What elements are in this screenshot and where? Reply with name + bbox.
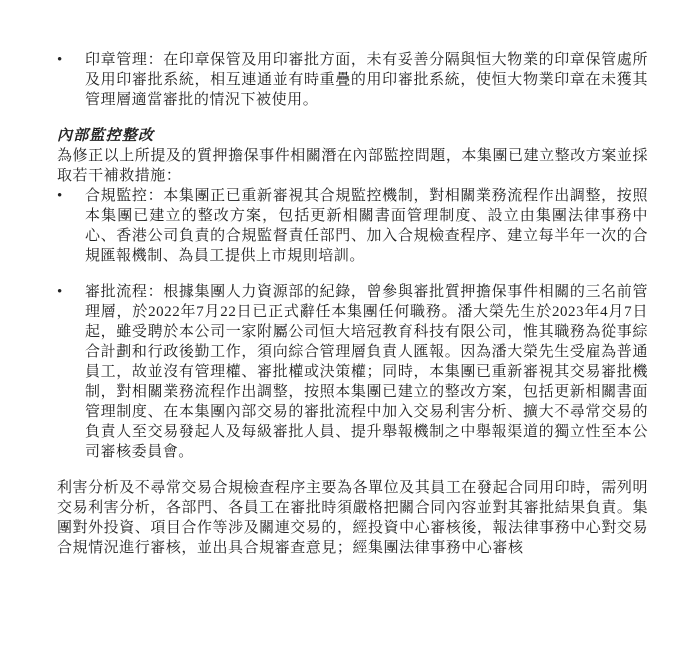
bullet-item-approval-process: • 審批流程：根據集團人力資源部的紀錄，曾參與審批質押擔保事件相關的三名前管理層… xyxy=(57,282,648,462)
bullet-icon: • xyxy=(57,282,85,302)
section-heading-internal-control-rectification: 內部監控整改 xyxy=(57,126,648,146)
bullet-icon: • xyxy=(57,186,85,206)
intro-paragraph: 為修正以上所提及的質押擔保事件相關潛在內部監控問題，本集團已建立整改方案並採取若… xyxy=(57,146,648,186)
bullet-text-approval-process: 審批流程：根據集團人力資源部的紀錄，曾參與審批質押擔保事件相關的三名前管理層，於… xyxy=(85,282,648,462)
continuation-paragraph-interest-analysis: 利害分析及不尋常交易合規檢查程序主要為各單位及其員工在發起合同用印時，需列明交易… xyxy=(57,478,648,558)
bullet-text-seal-management: 印章管理：在印章保管及用印審批方面，未有妥善分隔與恒大物業的印章保管處所及用印審… xyxy=(85,50,648,110)
bullet-icon: • xyxy=(57,50,85,70)
bullet-item-seal-management: • 印章管理：在印章保管及用印審批方面，未有妥善分隔與恒大物業的印章保管處所及用… xyxy=(57,50,648,110)
bullet-text-compliance-monitoring: 合規監控：本集團正已重新審視其合規監控機制，對相關業務流程作出調整，按照本集團已… xyxy=(85,186,648,266)
bullet-item-compliance-monitoring: • 合規監控：本集團正已重新審視其合規監控機制，對相關業務流程作出調整，按照本集… xyxy=(57,186,648,266)
document-page: • 印章管理：在印章保管及用印審批方面，未有妥善分隔與恒大物業的印章保管處所及用… xyxy=(0,0,696,670)
